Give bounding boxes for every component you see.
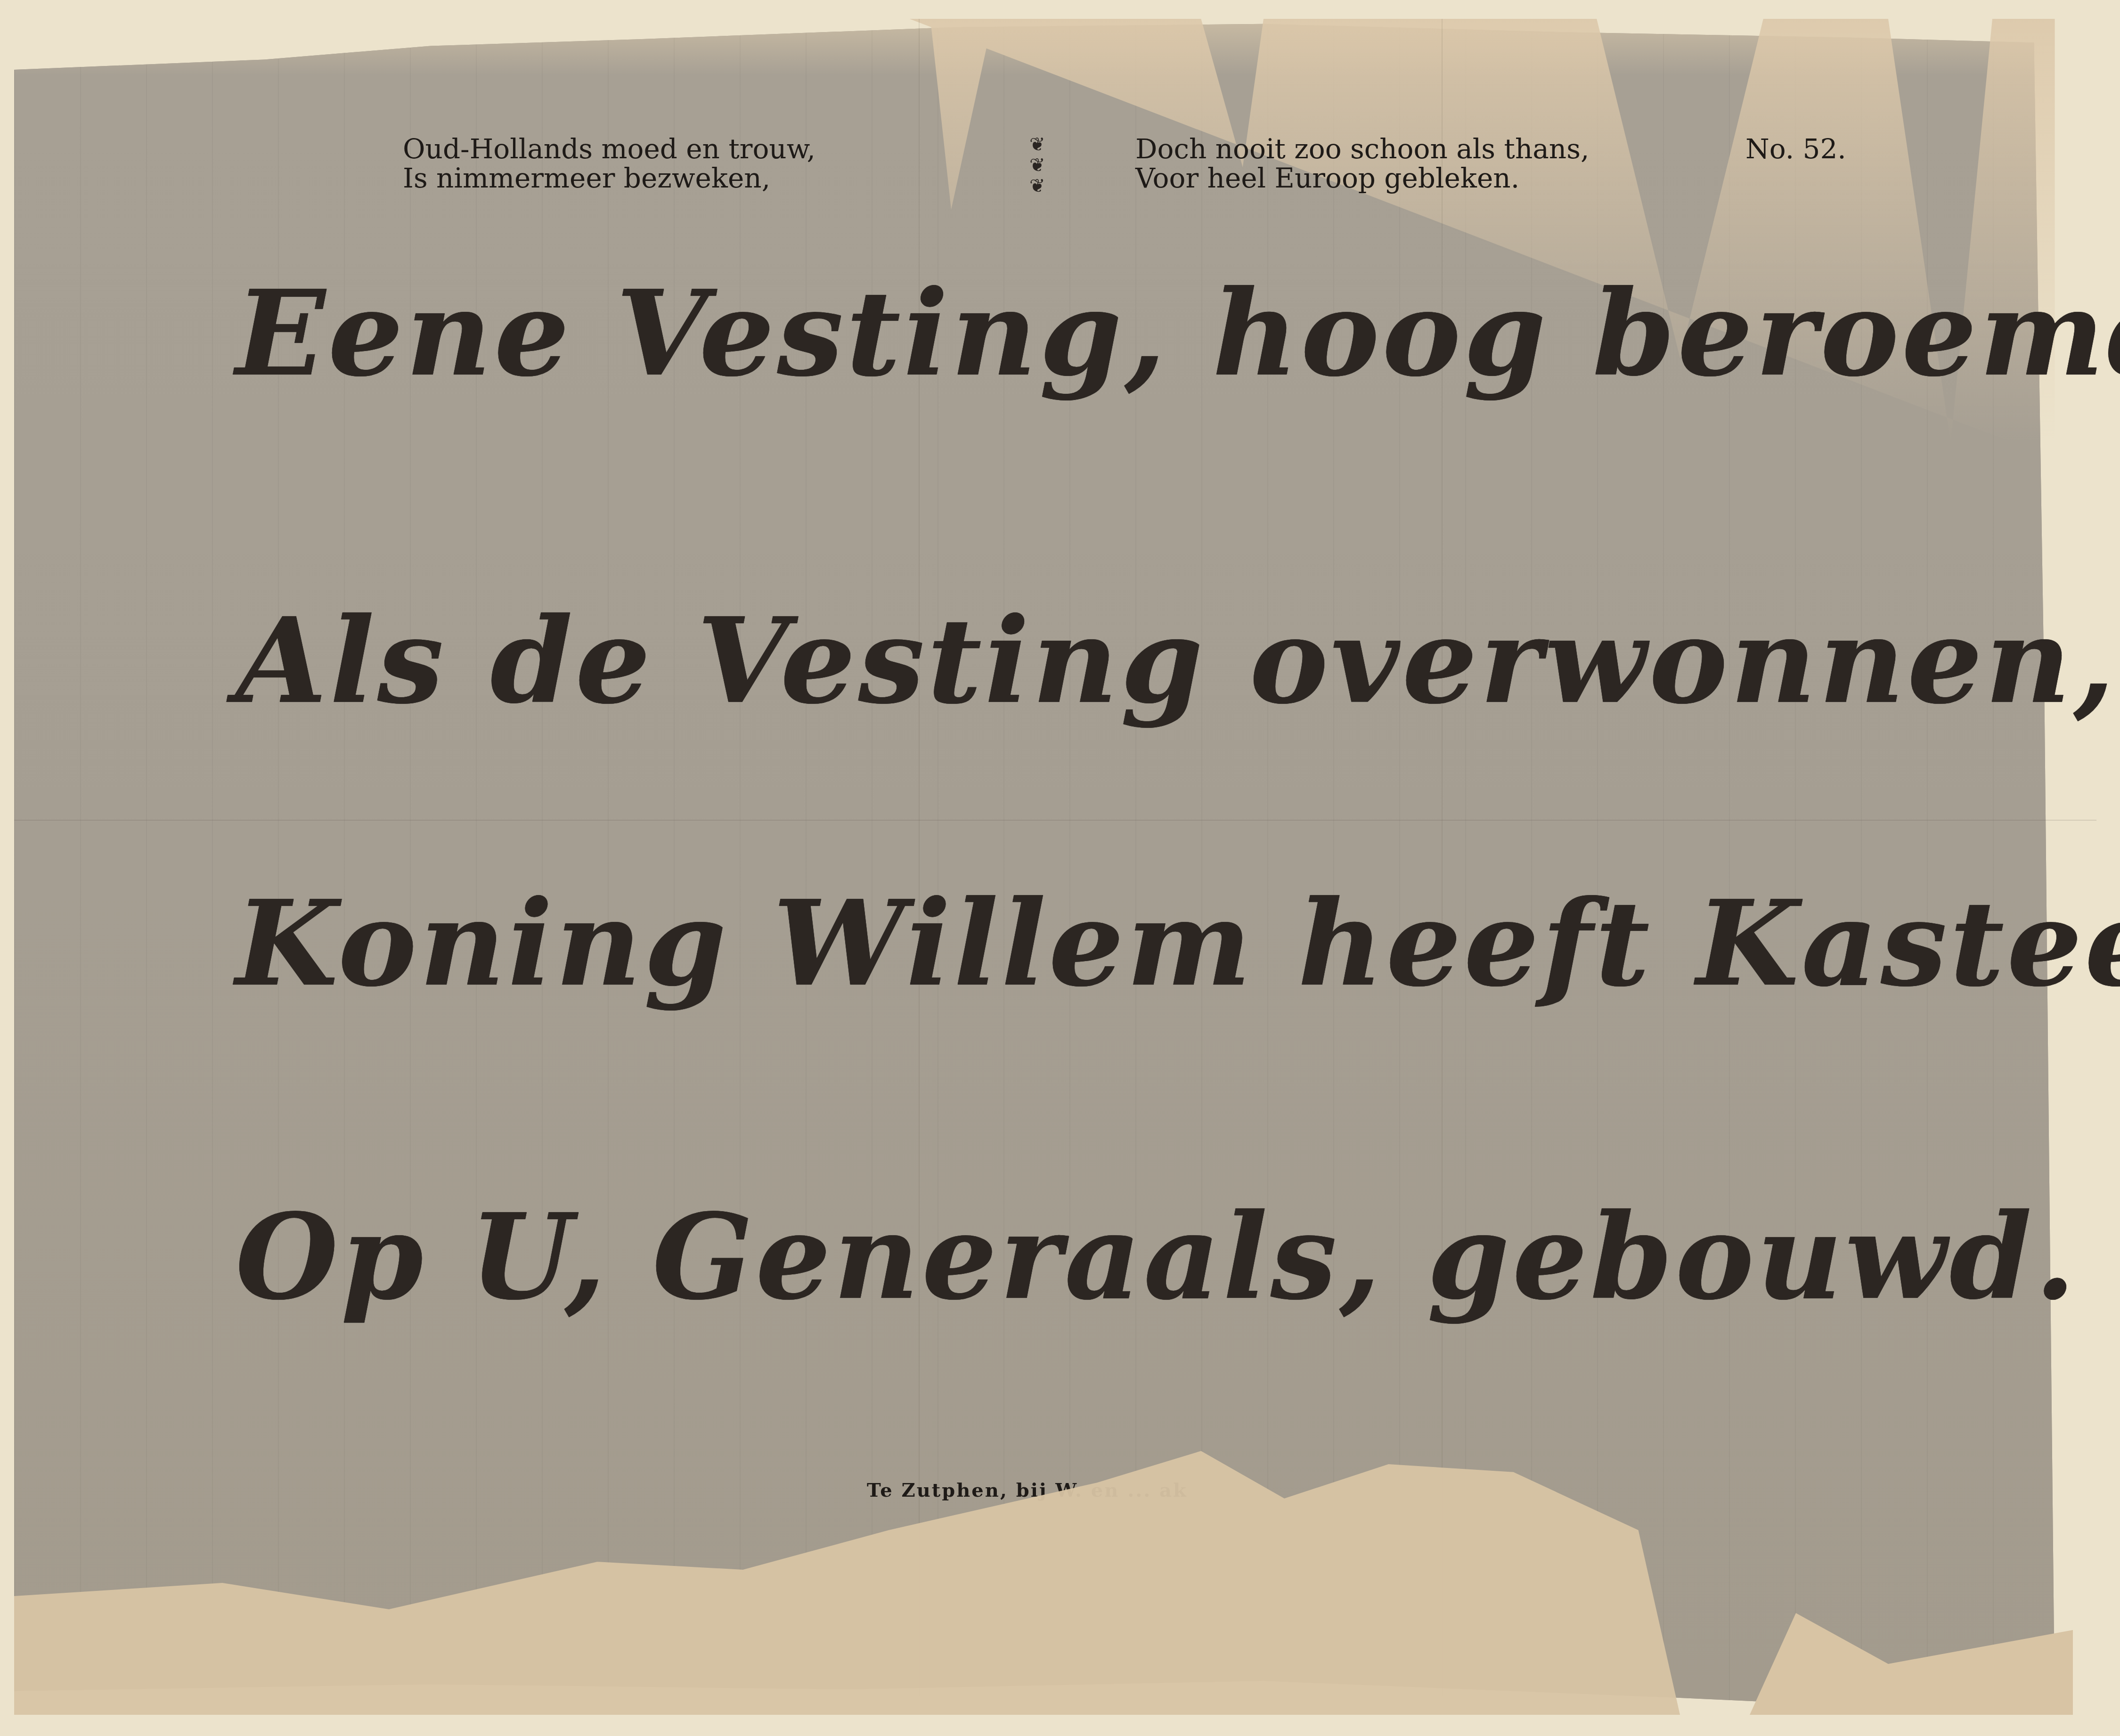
- right-verse: Doch nooit zoo schoon als thans, Voor he…: [1135, 134, 1589, 193]
- floral-ornament-icon: ❦: [1029, 176, 1062, 196]
- floral-ornament-icon: ❦: [1029, 134, 1062, 155]
- ornament-column: ❦ ❦ ❦: [1029, 134, 1062, 196]
- figural-line-2: Als de Vesting overwonnen,: [236, 591, 1932, 730]
- sheet-number: No. 52.: [1745, 134, 1846, 163]
- figural-line-4: Op U, Generaals, gebouwd.: [236, 1187, 1932, 1326]
- floral-ornament-icon: ❦: [1029, 155, 1062, 176]
- fold-line: [14, 820, 2096, 821]
- left-verse-line: Is nimmermeer bezweken,: [403, 163, 815, 193]
- right-verse-line: Voor heel Euroop gebleken.: [1135, 163, 1589, 193]
- figural-line-1: Eene Vesting, hoog beroemd,: [236, 264, 1932, 402]
- verse-header: Oud-Hollands moed en trouw, Is nimmermee…: [0, 134, 2120, 214]
- left-verse: Oud-Hollands moed en trouw, Is nimmermee…: [403, 134, 815, 193]
- left-verse-line: Oud-Hollands moed en trouw,: [403, 134, 815, 163]
- figural-line-3: Koning Willem heeft Kasteelen: [236, 874, 1932, 1012]
- right-verse-line: Doch nooit zoo schoon als thans,: [1135, 134, 1589, 163]
